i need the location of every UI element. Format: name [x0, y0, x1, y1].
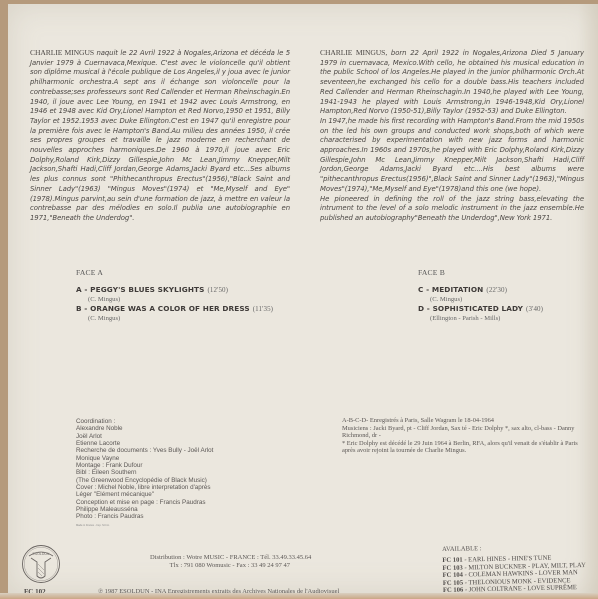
- recording-location: A-B-C-D- Enregistrés à Paris, Salle Wagr…: [342, 417, 592, 425]
- recording-info: A-B-C-D- Enregistrés à Paris, Salle Wagr…: [342, 417, 592, 455]
- credit-line: Recherche de documents : Yves Bully - Jo…: [76, 447, 213, 454]
- credit-line: Léger "Elément mécanique": [76, 491, 213, 498]
- svg-text:ESOLDUN: ESOLDUN: [33, 552, 50, 556]
- credit-line: Coordination :: [76, 418, 213, 425]
- credit-line: Photo : Francis Paudras: [76, 513, 213, 520]
- face-label: FACE A: [76, 268, 273, 277]
- distribution-info: Distribution : Wotre MUSIC - FRANCE : Té…: [150, 554, 290, 570]
- bio-text: born 22 April 1922 in Nogales,Arizona Di…: [320, 49, 584, 115]
- face-b-tracklist: FACE B C - MEDITATION(22'30) (C. Mingus)…: [418, 268, 543, 323]
- track-title: A - PEGGY'S BLUES SKYLIGHTS(12'50): [76, 285, 273, 295]
- footnote: * Eric Dolphy est décédé le 29 Juin 1964…: [342, 440, 592, 455]
- esoldun-logo-icon: ESOLDUN: [21, 544, 61, 584]
- credit-line: Philippe Maleausséna: [76, 506, 213, 513]
- available-header: AVAILABLE :: [442, 543, 586, 553]
- credit-line: Conception et mise en page : Francis Pau…: [76, 499, 213, 506]
- printed-in-note: Made in France - Imp. S.N.A.: [76, 523, 213, 529]
- credit-line: Bibl : Eileen Southern: [76, 469, 213, 476]
- track-duration: (3'40): [526, 305, 543, 313]
- face-a-tracklist: FACE A A - PEGGY'S BLUES SKYLIGHTS(12'50…: [76, 268, 273, 323]
- face-label: FACE B: [418, 268, 543, 277]
- credit-line: Monique Vayne: [76, 455, 213, 462]
- available-catalog: AVAILABLE : FC 101 - EARL HINES - HINE'S…: [442, 543, 586, 594]
- track-composer: (Ellington - Parish - Mills): [430, 314, 543, 323]
- credit-line: Montage : Frank Dufour: [76, 462, 213, 469]
- track-composer: (C. Mingus): [430, 295, 543, 304]
- track-title: D - SOPHISTICATED LADY(3'40): [418, 304, 543, 314]
- credit-line: Etienne Lacorte: [76, 440, 213, 447]
- distribution-line: Tlx : 791 080 Womusic - Fax : 33 49 24 9…: [150, 562, 290, 570]
- musicians: Musiciens : Jacki Byard, pt - Cliff Jord…: [342, 425, 592, 440]
- credit-line: Joël Arlot: [76, 433, 213, 440]
- biography-english: CHARLIE MINGUS, born 22 April 1922 in No…: [320, 48, 584, 224]
- distribution-line: Distribution : Wotre MUSIC - FRANCE : Té…: [150, 554, 290, 562]
- track-duration: (11'35): [253, 305, 273, 313]
- bio-paragraph: In 1947,he made his first recording with…: [320, 117, 584, 195]
- credit-line: (The Greenwood Encyclopédie of Black Mus…: [76, 477, 213, 484]
- sleeve-edge: [0, 593, 598, 599]
- bio-paragraph: He pioneered in defining the roll of the…: [320, 195, 584, 224]
- track-composer: (C. Mingus): [88, 295, 273, 304]
- credit-line: Alexandre Noble: [76, 425, 213, 432]
- credits: Coordination : Alexandre Noble Joël Arlo…: [76, 418, 213, 529]
- track-duration: (12'50): [207, 286, 228, 294]
- track-title: C - MEDITATION(22'30): [418, 285, 543, 295]
- bio-lead: CHARLIE MINGUS,: [320, 48, 387, 57]
- track-title: B - ORANGE WAS A COLOR OF HER DRESS(11'3…: [76, 304, 273, 314]
- bio-lead: CHARLIE MINGUS: [30, 48, 94, 57]
- bio-text: naquit le 22 Avril 1922 à Nogales,Arizon…: [30, 49, 290, 222]
- track-composer: (C. Mingus): [88, 314, 273, 323]
- biography-french: CHARLIE MINGUS naquit le 22 Avril 1922 à…: [30, 48, 290, 224]
- track-duration: (22'30): [486, 286, 507, 294]
- album-back-cover: CHARLIE MINGUS naquit le 22 Avril 1922 à…: [8, 4, 598, 594]
- credit-line: Cover : Michel Noble, libre interpretati…: [76, 484, 213, 491]
